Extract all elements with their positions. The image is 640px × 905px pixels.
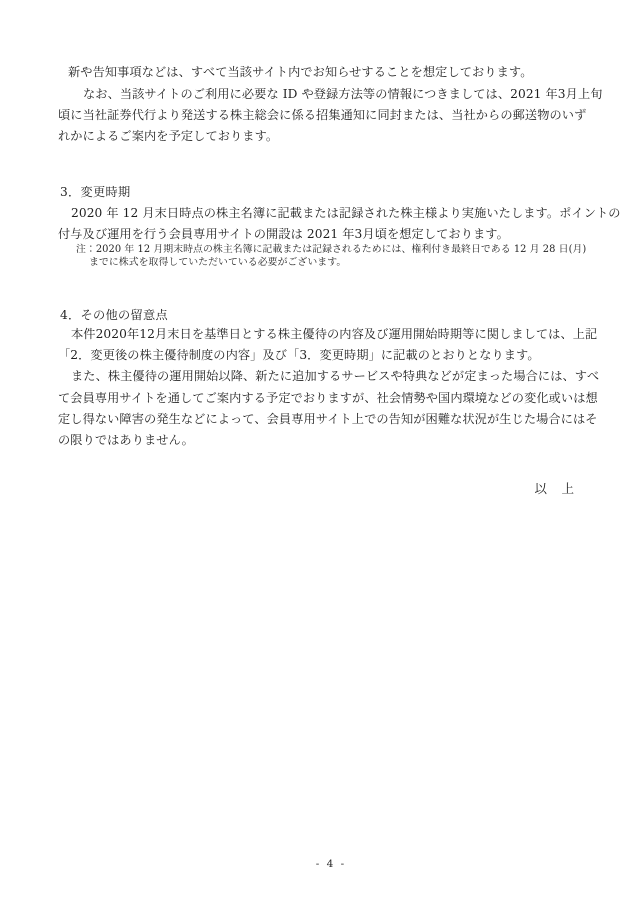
intro-paragraph-line: 頃に当社証券代行より発送する株主総会に係る招集通知に同封または、当社からの郵送物…	[58, 107, 586, 124]
intro-paragraph-line: なお、当該サイトのご利用に必要な ID や登録方法等の情報につきましては、202…	[83, 86, 603, 103]
intro-paragraph-line: 新や告知事項などは、すべて当該サイト内でお知らせすることを想定しております。	[68, 64, 532, 81]
section4-body-line: の限りではありません。	[58, 432, 194, 449]
page-number: - 4 -	[58, 858, 604, 870]
section4-body-line: て会員専用サイトを通してご案内する予定でおりますが、社会情勢や国内環境などの変化…	[58, 390, 598, 407]
section4-heading: 4．その他の留意点	[60, 307, 168, 324]
section3-body-line: 付与及び運用を行う会員専用サイトの開設は 2021 年3月頃を想定しております。	[58, 226, 509, 243]
section3-note-line: 注：2020 年 12 月期末時点の株主名簿に記載または記録されるためには、権利…	[76, 244, 586, 256]
section3-body-line: 2020 年 12 月末日時点の株主名簿に記載または記録された株主様より実施いた…	[71, 205, 621, 222]
section4-body-line: 本件2020年12月末日を基準日とする株主優待の内容及び運用開始時期等に関しまし…	[71, 326, 597, 343]
section4-body-line: 定し得ない障害の発生などによって、会員専用サイト上での告知が困難な状況が生じた場…	[58, 411, 598, 428]
closing-ijo-mark: 以 上	[400, 479, 575, 497]
section4-body-line: また、株主優待の運用開始以降、新たに追加するサービスや特典などが定まった場合には…	[71, 368, 599, 385]
intro-paragraph-line: れかによるご案内を予定しております。	[58, 128, 278, 145]
document-page: 新や告知事項などは、すべて当該サイト内でお知らせすることを想定しております。 な…	[0, 0, 640, 905]
section3-note-line: までに株式を取得していただいている必要がございます。	[89, 257, 346, 269]
section3-heading: 3．変更時期	[60, 184, 131, 201]
section4-body-line: 「2．変更後の株主優待制度の内容」及び「3．変更時期」に記載のとおりとなります。	[58, 347, 540, 364]
